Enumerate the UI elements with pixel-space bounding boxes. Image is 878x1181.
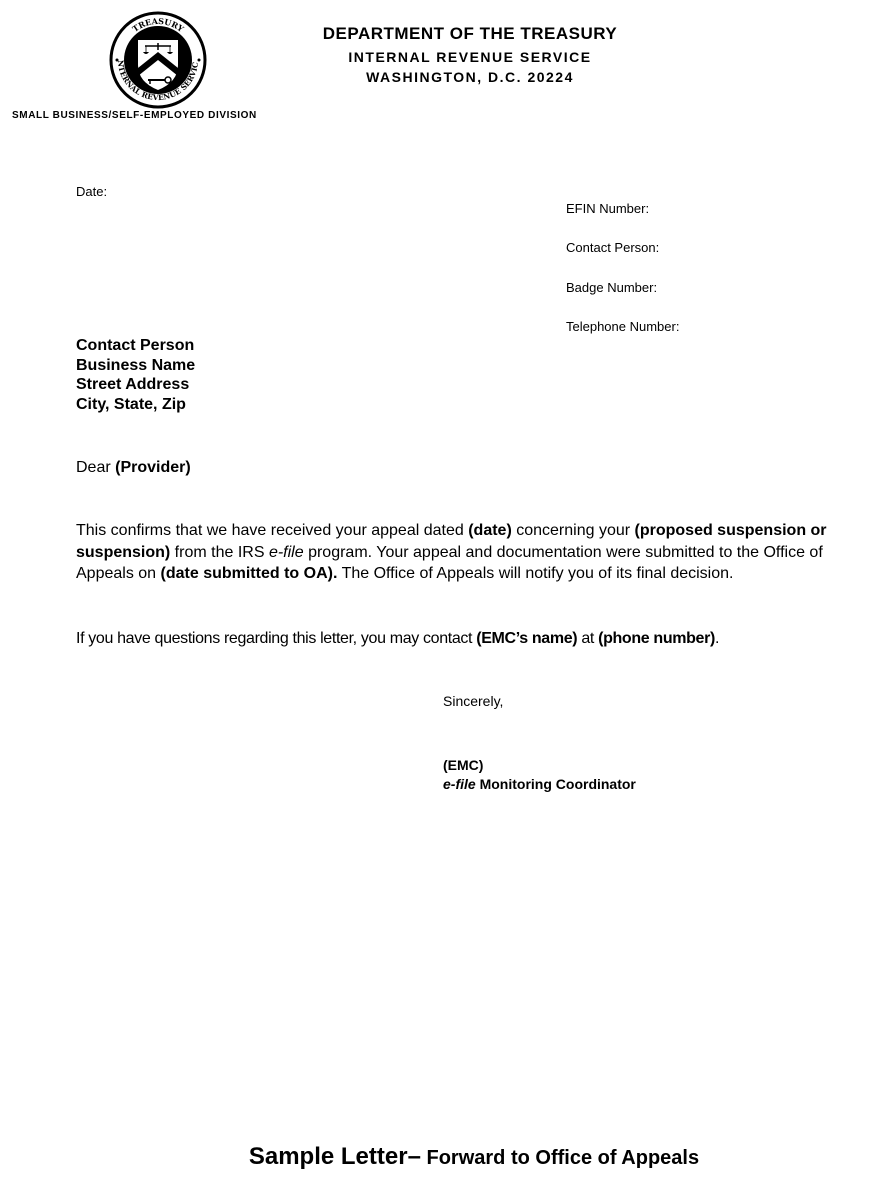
department-heading: DEPARTMENT OF THE TREASURY bbox=[250, 24, 690, 44]
signer-title: e-file Monitoring Coordinator bbox=[443, 775, 636, 794]
closing: Sincerely, bbox=[443, 693, 503, 709]
address-line: Contact Person bbox=[76, 336, 195, 356]
provider-placeholder: (Provider) bbox=[115, 459, 191, 476]
efin-number-label: EFIN Number: bbox=[566, 201, 649, 216]
paragraph-contact-info: If you have questions regarding this let… bbox=[76, 628, 876, 650]
address-line: Street Address bbox=[76, 375, 195, 395]
signer-name: (EMC) bbox=[443, 756, 636, 775]
agency-heading: INTERNAL REVENUE SERVICE bbox=[250, 49, 690, 65]
telephone-number-label: Telephone Number: bbox=[566, 319, 679, 334]
paragraph-appeal-confirmation: This confirms that we have received your… bbox=[76, 520, 876, 585]
date-label: Date: bbox=[76, 184, 107, 199]
signature-block: (EMC) e-file Monitoring Coordinator bbox=[443, 756, 636, 794]
address-line: City, State, Zip bbox=[76, 395, 195, 415]
irs-treasury-seal-icon: TREASURY INTERNAL REVENUE SERVICE bbox=[108, 10, 208, 110]
salutation: Dear (Provider) bbox=[76, 457, 191, 479]
address-line: Business Name bbox=[76, 356, 195, 376]
footer-caption: Sample Letter– Forward to Office of Appe… bbox=[0, 1143, 878, 1171]
recipient-address: Contact Person Business Name Street Addr… bbox=[76, 336, 195, 415]
division-label: SMALL BUSINESS/SELF-EMPLOYED DIVISION bbox=[12, 110, 257, 121]
location-heading: WASHINGTON, D.C. 20224 bbox=[250, 69, 690, 85]
contact-person-label: Contact Person: bbox=[566, 240, 659, 255]
badge-number-label: Badge Number: bbox=[566, 280, 657, 295]
